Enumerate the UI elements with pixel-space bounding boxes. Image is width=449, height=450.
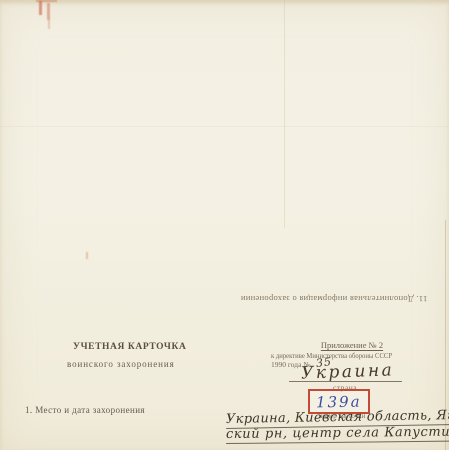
card-subtitle: воинского захоронения bbox=[67, 359, 175, 369]
burial-place-text-line2: ский рн, центр села Капустинцы bbox=[226, 424, 449, 443]
fold-crease-horizontal bbox=[0, 126, 449, 127]
burial-place-handwritten-line2: ский рн, центр села Капустинцы bbox=[226, 424, 449, 442]
red-ink-mark-vertical-1 bbox=[39, 1, 42, 15]
red-ink-drip bbox=[48, 20, 50, 29]
appendix-heading: Приложение № 2 bbox=[302, 340, 402, 350]
card-number-value: 139а bbox=[316, 392, 362, 411]
reverse-section-heading: 11. Дополнительная информация о захороне… bbox=[224, 294, 444, 304]
red-ink-mark-vertical-2 bbox=[47, 3, 50, 20]
red-ink-speck bbox=[86, 252, 88, 259]
section1-label: 1. Место и дата захоронения bbox=[25, 405, 145, 415]
card-title: УЧЕТНАЯ КАРТОЧКА bbox=[73, 342, 173, 352]
fold-crease-top bbox=[284, 0, 285, 228]
country-underline bbox=[289, 381, 402, 382]
scanned-burial-card: 11. Дополнительная информация о захороне… bbox=[0, 0, 449, 450]
